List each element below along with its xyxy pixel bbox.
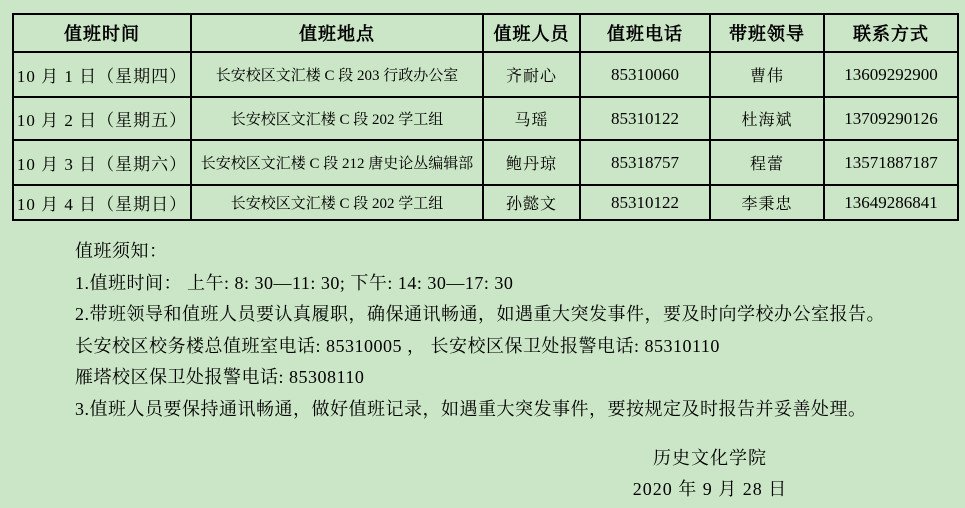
table-row: 10 月 4 日（星期日） 长安校区文汇楼 C 段 202 学工组 孙懿文 85… — [13, 185, 958, 220]
signature-org: 历史文化学院 — [560, 443, 860, 474]
cell-phone: 85310060 — [580, 52, 710, 97]
signature-date: 2020 年 9 月 28 日 — [560, 474, 860, 505]
header-duty-location: 值班地点 — [191, 14, 483, 52]
notes-title: 值班须知： — [75, 236, 955, 268]
notes-line-5: 3.值班人员要保持通讯畅通，做好值班记录，如遇重大突发事件，要按规定及时报告并妥… — [75, 394, 955, 426]
cell-person: 齐耐心 — [483, 52, 580, 97]
header-contact: 联系方式 — [824, 14, 958, 52]
header-duty-person: 值班人员 — [483, 14, 580, 52]
cell-person: 孙懿文 — [483, 185, 580, 220]
cell-location: 长安校区文汇楼 C 段 202 学工组 — [191, 185, 483, 220]
cell-leader: 曹伟 — [710, 52, 824, 97]
cell-contact: 13709290126 — [824, 97, 958, 140]
cell-leader: 李秉忠 — [710, 185, 824, 220]
cell-leader: 程蕾 — [710, 140, 824, 185]
notes-line-4: 雁塔校区保卫处报警电话: 85308110 — [75, 362, 955, 394]
cell-location: 长安校区文汇楼 C 段 212 唐史论丛编辑部 — [191, 140, 483, 185]
cell-location: 长安校区文汇楼 C 段 202 学工组 — [191, 97, 483, 140]
cell-person: 马瑶 — [483, 97, 580, 140]
cell-date: 10 月 1 日（星期四） — [13, 52, 191, 97]
duty-schedule-table: 值班时间 值班地点 值班人员 值班电话 带班领导 联系方式 10 月 1 日（星… — [12, 13, 959, 221]
signature-block: 历史文化学院 2020 年 9 月 28 日 — [560, 443, 860, 505]
notes-line-3: 长安校区校务楼总值班室电话: 85310005 ， 长安校区保卫处报警电话: 8… — [75, 331, 955, 363]
cell-phone: 85318757 — [580, 140, 710, 185]
header-duty-time: 值班时间 — [13, 14, 191, 52]
cell-leader: 杜海斌 — [710, 97, 824, 140]
duty-notice-page: 值班时间 值班地点 值班人员 值班电话 带班领导 联系方式 10 月 1 日（星… — [0, 0, 965, 508]
cell-date: 10 月 4 日（星期日） — [13, 185, 191, 220]
header-lead-leader: 带班领导 — [710, 14, 824, 52]
duty-notes: 值班须知： 1.值班时间： 上午: 8: 30—11: 30; 下午: 14: … — [75, 236, 955, 425]
cell-date: 10 月 2 日（星期五） — [13, 97, 191, 140]
table-row: 10 月 1 日（星期四） 长安校区文汇楼 C 段 203 行政办公室 齐耐心 … — [13, 52, 958, 97]
cell-phone: 85310122 — [580, 97, 710, 140]
notes-line-1: 1.值班时间： 上午: 8: 30—11: 30; 下午: 14: 30—17:… — [75, 268, 955, 300]
cell-contact: 13609292900 — [824, 52, 958, 97]
cell-phone: 85310122 — [580, 185, 710, 220]
cell-contact: 13571887187 — [824, 140, 958, 185]
cell-location: 长安校区文汇楼 C 段 203 行政办公室 — [191, 52, 483, 97]
table-header-row: 值班时间 值班地点 值班人员 值班电话 带班领导 联系方式 — [13, 14, 958, 52]
cell-date: 10 月 3 日（星期六） — [13, 140, 191, 185]
notes-line-2: 2.带班领导和值班人员要认真履职，确保通讯畅通，如遇重大突发事件，要及时向学校办… — [75, 299, 955, 331]
header-duty-phone: 值班电话 — [580, 14, 710, 52]
cell-person: 鲍丹琼 — [483, 140, 580, 185]
table-row: 10 月 2 日（星期五） 长安校区文汇楼 C 段 202 学工组 马瑶 853… — [13, 97, 958, 140]
cell-contact: 13649286841 — [824, 185, 958, 220]
table-row: 10 月 3 日（星期六） 长安校区文汇楼 C 段 212 唐史论丛编辑部 鲍丹… — [13, 140, 958, 185]
